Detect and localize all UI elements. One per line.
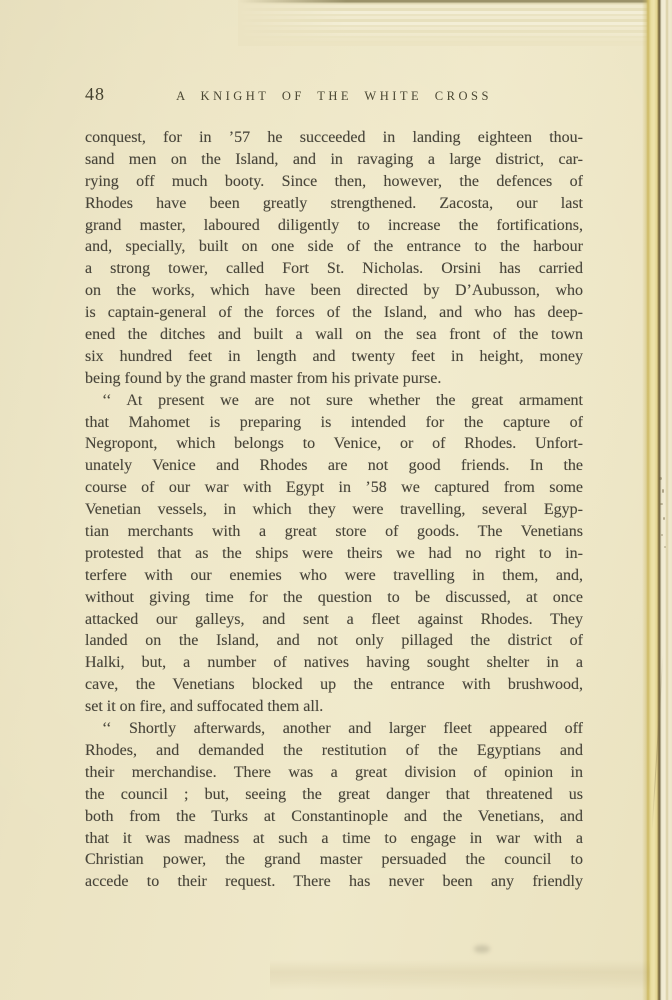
text-line: rying off much booty. Since then, howeve… bbox=[85, 171, 583, 193]
foxing-speck bbox=[660, 503, 663, 505]
text-line: without giving time for the question to … bbox=[85, 587, 583, 609]
page-edge-right bbox=[642, 0, 672, 1000]
text-line: set it on fire, and suffocated them all. bbox=[85, 696, 583, 718]
text-line: the council ; but, seeing the great dang… bbox=[85, 784, 583, 806]
text-line: being found by the grand master from his… bbox=[85, 368, 583, 390]
text-line: ‘‘ Shortly afterwards, another and large… bbox=[85, 718, 583, 740]
foxing-speck bbox=[663, 517, 665, 520]
page-edges-top-fan bbox=[238, 0, 655, 46]
foxing-speck bbox=[661, 534, 663, 536]
text-line: protested that as the ships were theirs … bbox=[85, 543, 583, 565]
foxing-speck bbox=[659, 477, 662, 480]
page-body-text: conquest, for in ’57 he succeeded in lan… bbox=[85, 127, 583, 893]
text-line: conquest, for in ’57 he succeeded in lan… bbox=[85, 127, 583, 149]
foxing-speck bbox=[662, 489, 664, 493]
text-line: course of our war with Egypt in ’58 we c… bbox=[85, 477, 583, 499]
text-line: ‘‘ At present we are not sure whether th… bbox=[85, 390, 583, 412]
text-line: Christian power, the grand master persua… bbox=[85, 849, 583, 871]
text-line: Halki, but, a number of natives having s… bbox=[85, 652, 583, 674]
foxing-speck bbox=[664, 546, 666, 548]
text-line: Rhodes have been greatly strengthened. Z… bbox=[85, 193, 583, 215]
text-line: and, specially, built on one side of the… bbox=[85, 236, 583, 258]
text-line: on the works, which have been directed b… bbox=[85, 280, 583, 302]
scan-shadow-bottom bbox=[270, 960, 650, 990]
text-line: Negropont, which belongs to Venice, or o… bbox=[85, 433, 583, 455]
text-line: six hundred feet in length and twenty fe… bbox=[85, 346, 583, 368]
text-line: sand men on the Island, and in ravaging … bbox=[85, 149, 583, 171]
text-line: terfere with our enemies who were travel… bbox=[85, 565, 583, 587]
text-line: grand master, laboured diligently to inc… bbox=[85, 215, 583, 237]
text-line: both from the Turks at Constantinople an… bbox=[85, 806, 583, 828]
text-line: accede to their request. There has never… bbox=[85, 871, 583, 893]
text-line: is captain-general of the forces of the … bbox=[85, 302, 583, 324]
text-line: Rhodes, and demanded the restitution of … bbox=[85, 740, 583, 762]
scanned-book-page: 48 A KNIGHT OF THE WHITE CROSS conquest,… bbox=[0, 0, 672, 1000]
text-line: Venetian vessels, in which they were tra… bbox=[85, 499, 583, 521]
text-line: a strong tower, called Fort St. Nicholas… bbox=[85, 258, 583, 280]
text-line: that Mahomet is preparing is intended fo… bbox=[85, 412, 583, 434]
text-line: attacked our galleys, and sent a fleet a… bbox=[85, 609, 583, 631]
text-line: their merchandise. There was a great div… bbox=[85, 762, 583, 784]
text-line: landed on the Island, and not only pilla… bbox=[85, 630, 583, 652]
text-line: unately Venice and Rhodes are not good f… bbox=[85, 455, 583, 477]
text-line: tian merchants with a great store of goo… bbox=[85, 521, 583, 543]
scan-smudge bbox=[474, 945, 490, 953]
text-line: ened the ditches and built a wall on the… bbox=[85, 324, 583, 346]
text-line: that it was madness at such a time to en… bbox=[85, 828, 583, 850]
running-head: A KNIGHT OF THE WHITE CROSS bbox=[85, 89, 583, 104]
text-line: cave, the Venetians blocked up the entra… bbox=[85, 674, 583, 696]
